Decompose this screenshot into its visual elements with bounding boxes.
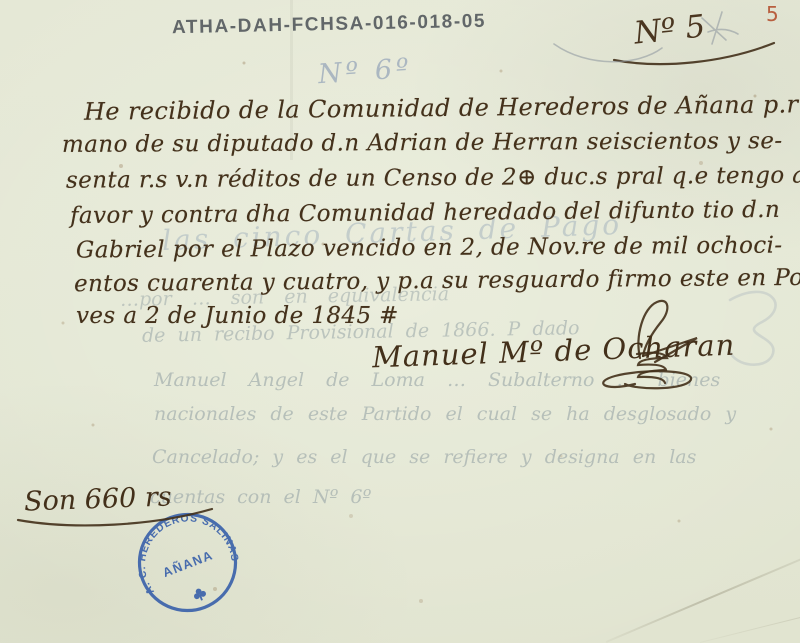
stamp-center-text: AÑANA xyxy=(161,547,216,580)
paper-specks xyxy=(0,0,2,2)
ghost-annotation: nacionales de este Partido el cual se ha… xyxy=(154,403,736,425)
document-number-pencil: Nº 6º xyxy=(317,53,414,91)
manuscript-line-2: mano de su diputado d.n Adrian de Herran… xyxy=(62,128,783,158)
paper-crease xyxy=(700,612,800,643)
manuscript-line-1: He recibido de la Comunidad de Herederos… xyxy=(84,90,799,125)
manuscript-line-3: senta r.s v.n réditos de un Censo de 2⊕ … xyxy=(66,162,800,193)
pencil-scribble-mark xyxy=(692,4,752,52)
manuscript-document-page: ATHA-DAH-FCHSA-016-018-05 5 Nº 5 Nº 6º H… xyxy=(0,0,800,643)
amount-underline-flourish xyxy=(14,504,219,534)
archive-reference-code: ATHA-DAH-FCHSA-016-018-05 xyxy=(172,11,487,40)
stamp-club-icon xyxy=(192,587,207,602)
manuscript-line-4: favor y contra dha Comunidad heredado de… xyxy=(70,197,780,229)
pencil-arc-mark xyxy=(548,36,668,72)
paper-crease xyxy=(606,557,800,642)
signature-rubric-flourish xyxy=(585,296,730,396)
manuscript-line-7: ves a 2 de Junio de 1845 # xyxy=(76,303,399,329)
manuscript-line-5: Gabriel por el Plazo vencido en 2, de No… xyxy=(76,233,783,264)
corner-folio-number: 5 xyxy=(766,2,779,26)
ghost-annotation: Cancelado; y es el que se refiere y desi… xyxy=(152,446,696,468)
manuscript-line-6: entos cuarenta y cuatro, y p.a su resgua… xyxy=(74,265,800,297)
